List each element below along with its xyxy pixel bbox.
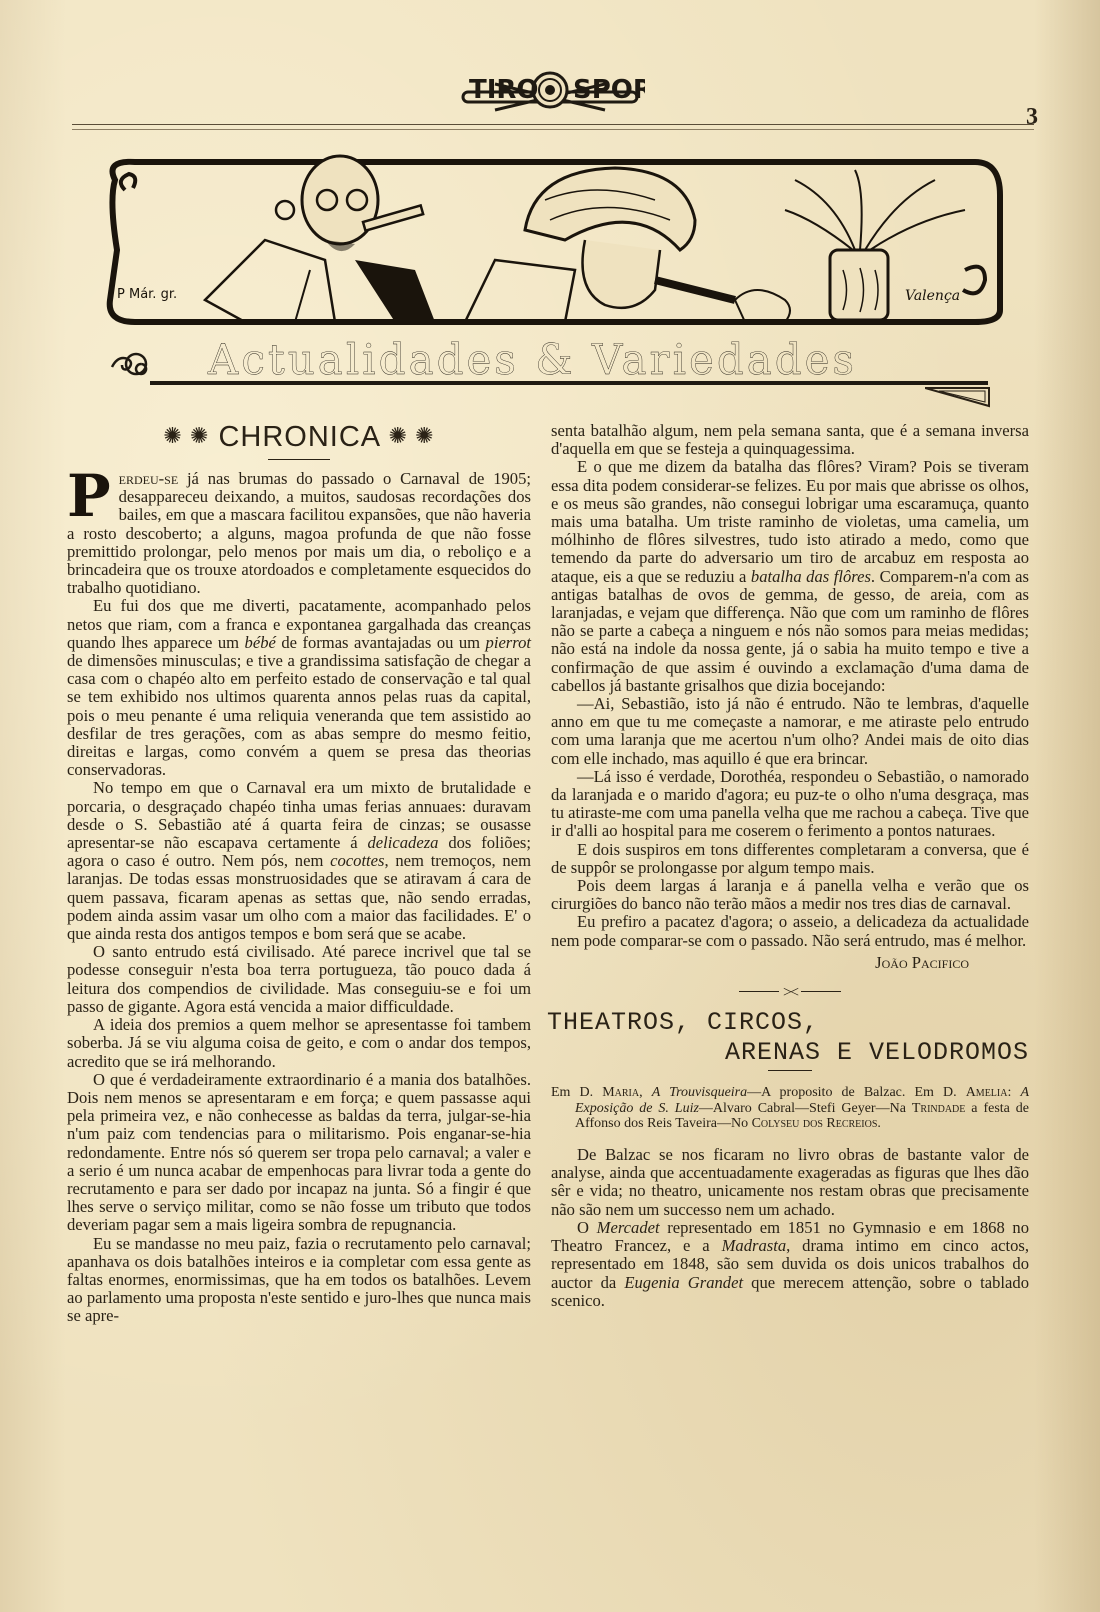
star-ornament-icon: ✺ ✺ bbox=[163, 423, 209, 448]
chronica-paragraph-5: A ideia dos premios a quem melhor se apr… bbox=[67, 1016, 531, 1071]
chronica-paragraph-13: Eu prefiro a pacatez d'agora; o asseio, … bbox=[551, 913, 1029, 949]
masthead-logo: TIRO SPORT bbox=[455, 62, 645, 116]
svg-text:SPORT: SPORT bbox=[573, 75, 645, 105]
caricature-illustration-icon: P Már. gr. Valença bbox=[95, 140, 1005, 345]
section-title-rule bbox=[150, 381, 988, 385]
chronica-paragraph-4: O santo entrudo está civilisado. Até par… bbox=[67, 943, 531, 1016]
tiro-sport-logo-icon: TIRO SPORT bbox=[455, 62, 645, 116]
section-divider-ornament: >< bbox=[551, 984, 1029, 1002]
heading-rule bbox=[268, 459, 330, 460]
chronica-paragraph-2: Eu fui dos que me diverti, pacatamente, … bbox=[67, 597, 531, 779]
right-column: senta batalhão algum, nem pela semana sa… bbox=[551, 422, 1029, 1310]
page-number: 3 bbox=[1026, 104, 1038, 131]
theatres-paragraph-2: O Mercadet representado em 1851 no Gymna… bbox=[551, 1219, 1029, 1310]
chronica-paragraph-11: E dois suspiros em tons differentes comp… bbox=[551, 841, 1029, 877]
svg-text:TIRO: TIRO bbox=[469, 75, 539, 105]
header-rule-thin bbox=[72, 129, 1034, 130]
corner-wedge-ornament-icon bbox=[925, 386, 990, 408]
heading-rule bbox=[768, 1070, 812, 1071]
chronica-paragraph-12: Pois deem largas á laranja e á panella v… bbox=[551, 877, 1029, 913]
section-title-text: Actualidades & Variedades bbox=[208, 335, 857, 384]
chronica-paragraph-1: Perdeu-se já nas brumas do passado o Car… bbox=[67, 470, 531, 597]
chronica-paragraph-8: E o que me dizem da batalha das flôres? … bbox=[551, 458, 1029, 695]
chronica-dialogue-1: —Ai, Sebastião, isto já não é entrudo. N… bbox=[551, 695, 1029, 768]
header-rule bbox=[72, 124, 1034, 125]
theatres-paragraph-1: De Balzac se nos ficaram no livro obras … bbox=[551, 1146, 1029, 1219]
svg-text:P Már. gr.: P Már. gr. bbox=[117, 287, 177, 302]
chronica-dialogue-2: —Lá isso é verdade, Dorothéa, respondeu … bbox=[551, 768, 1029, 841]
chronica-paragraph-7-continued: senta batalhão algum, nem pela semana sa… bbox=[551, 422, 1029, 458]
author-signature: João Pacifico bbox=[551, 954, 1029, 972]
star-ornament-icon: ✺ ✺ bbox=[389, 423, 435, 448]
left-column: ✺ ✺ CHRONICA ✺ ✺ Perdeu-se já nas brumas… bbox=[67, 418, 531, 1326]
illustration-banner: P Már. gr. Valença bbox=[95, 140, 1005, 345]
bow-ornament-icon: >< bbox=[783, 984, 797, 1001]
newspaper-page: TIRO SPORT 3 bbox=[0, 0, 1100, 1612]
swirl-ornament-icon bbox=[108, 349, 162, 379]
chronica-paragraph-6: O que é verdadeiramente extraordinario é… bbox=[67, 1071, 531, 1235]
chronica-heading: ✺ ✺ CHRONICA ✺ ✺ bbox=[67, 418, 531, 455]
drop-cap: P bbox=[67, 474, 111, 518]
chronica-heading-text: CHRONICA bbox=[218, 421, 379, 453]
svg-text:Valença: Valença bbox=[905, 288, 960, 304]
section-title: Actualidades & Variedades bbox=[108, 335, 988, 391]
theatres-summary: Em D. Maria, A Trouvisqueira—A proposito… bbox=[551, 1085, 1029, 1132]
theatres-heading-line-1: THEATROS, CIRCOS, bbox=[547, 1008, 819, 1037]
theatres-heading: THEATROS, CIRCOS, ARENAS E VELODROMOS bbox=[547, 1008, 1029, 1068]
chronica-paragraph-3: No tempo em que o Carnaval era um mixto … bbox=[67, 779, 531, 943]
theatres-heading-line-2: ARENAS E VELODROMOS bbox=[547, 1038, 1029, 1068]
chronica-paragraph-7: Eu se mandasse no meu paiz, fazia o recr… bbox=[67, 1235, 531, 1326]
